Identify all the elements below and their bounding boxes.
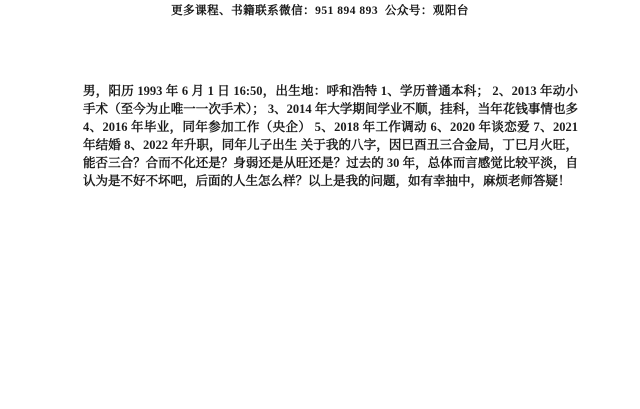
document-paragraph: 男，阳历 1993 年 6 月 1 日 16:50，出生地：呼和浩特 1、学历普… [83, 82, 578, 190]
paragraph-line-5: 能否三合？合而不化还是？身弱还是从旺还是？过去的 30 年，总体而言感觉比较平淡… [83, 154, 578, 172]
page-header-contact-line: 更多课程、书籍联系微信：951 894 893 公众号：观阳台 [0, 4, 640, 18]
document-page: 更多课程、书籍联系微信：951 894 893 公众号：观阳台 男，阳历 199… [0, 0, 640, 409]
paragraph-line-1: 男，阳历 1993 年 6 月 1 日 16:50，出生地：呼和浩特 1、学历普… [83, 82, 578, 100]
paragraph-line-6: 认为是不好不坏吧，后面的人生怎么样？以上是我的问题，如有幸抽中，麻烦老师答疑！ [83, 172, 578, 190]
paragraph-line-4: 年结婚 8、2022 年升职，同年儿子出生 关于我的八字，因巳酉丑三合金局，丁巳… [83, 136, 578, 154]
paragraph-line-3: 4、2016 年毕业，同年参加工作（央企） 5、2018 年工作调动 6、202… [83, 118, 578, 136]
paragraph-line-2: 手术（至今为止唯一一次手术）； 3、2014 年大学期间学业不顺，挂科，当年花钱… [83, 100, 578, 118]
